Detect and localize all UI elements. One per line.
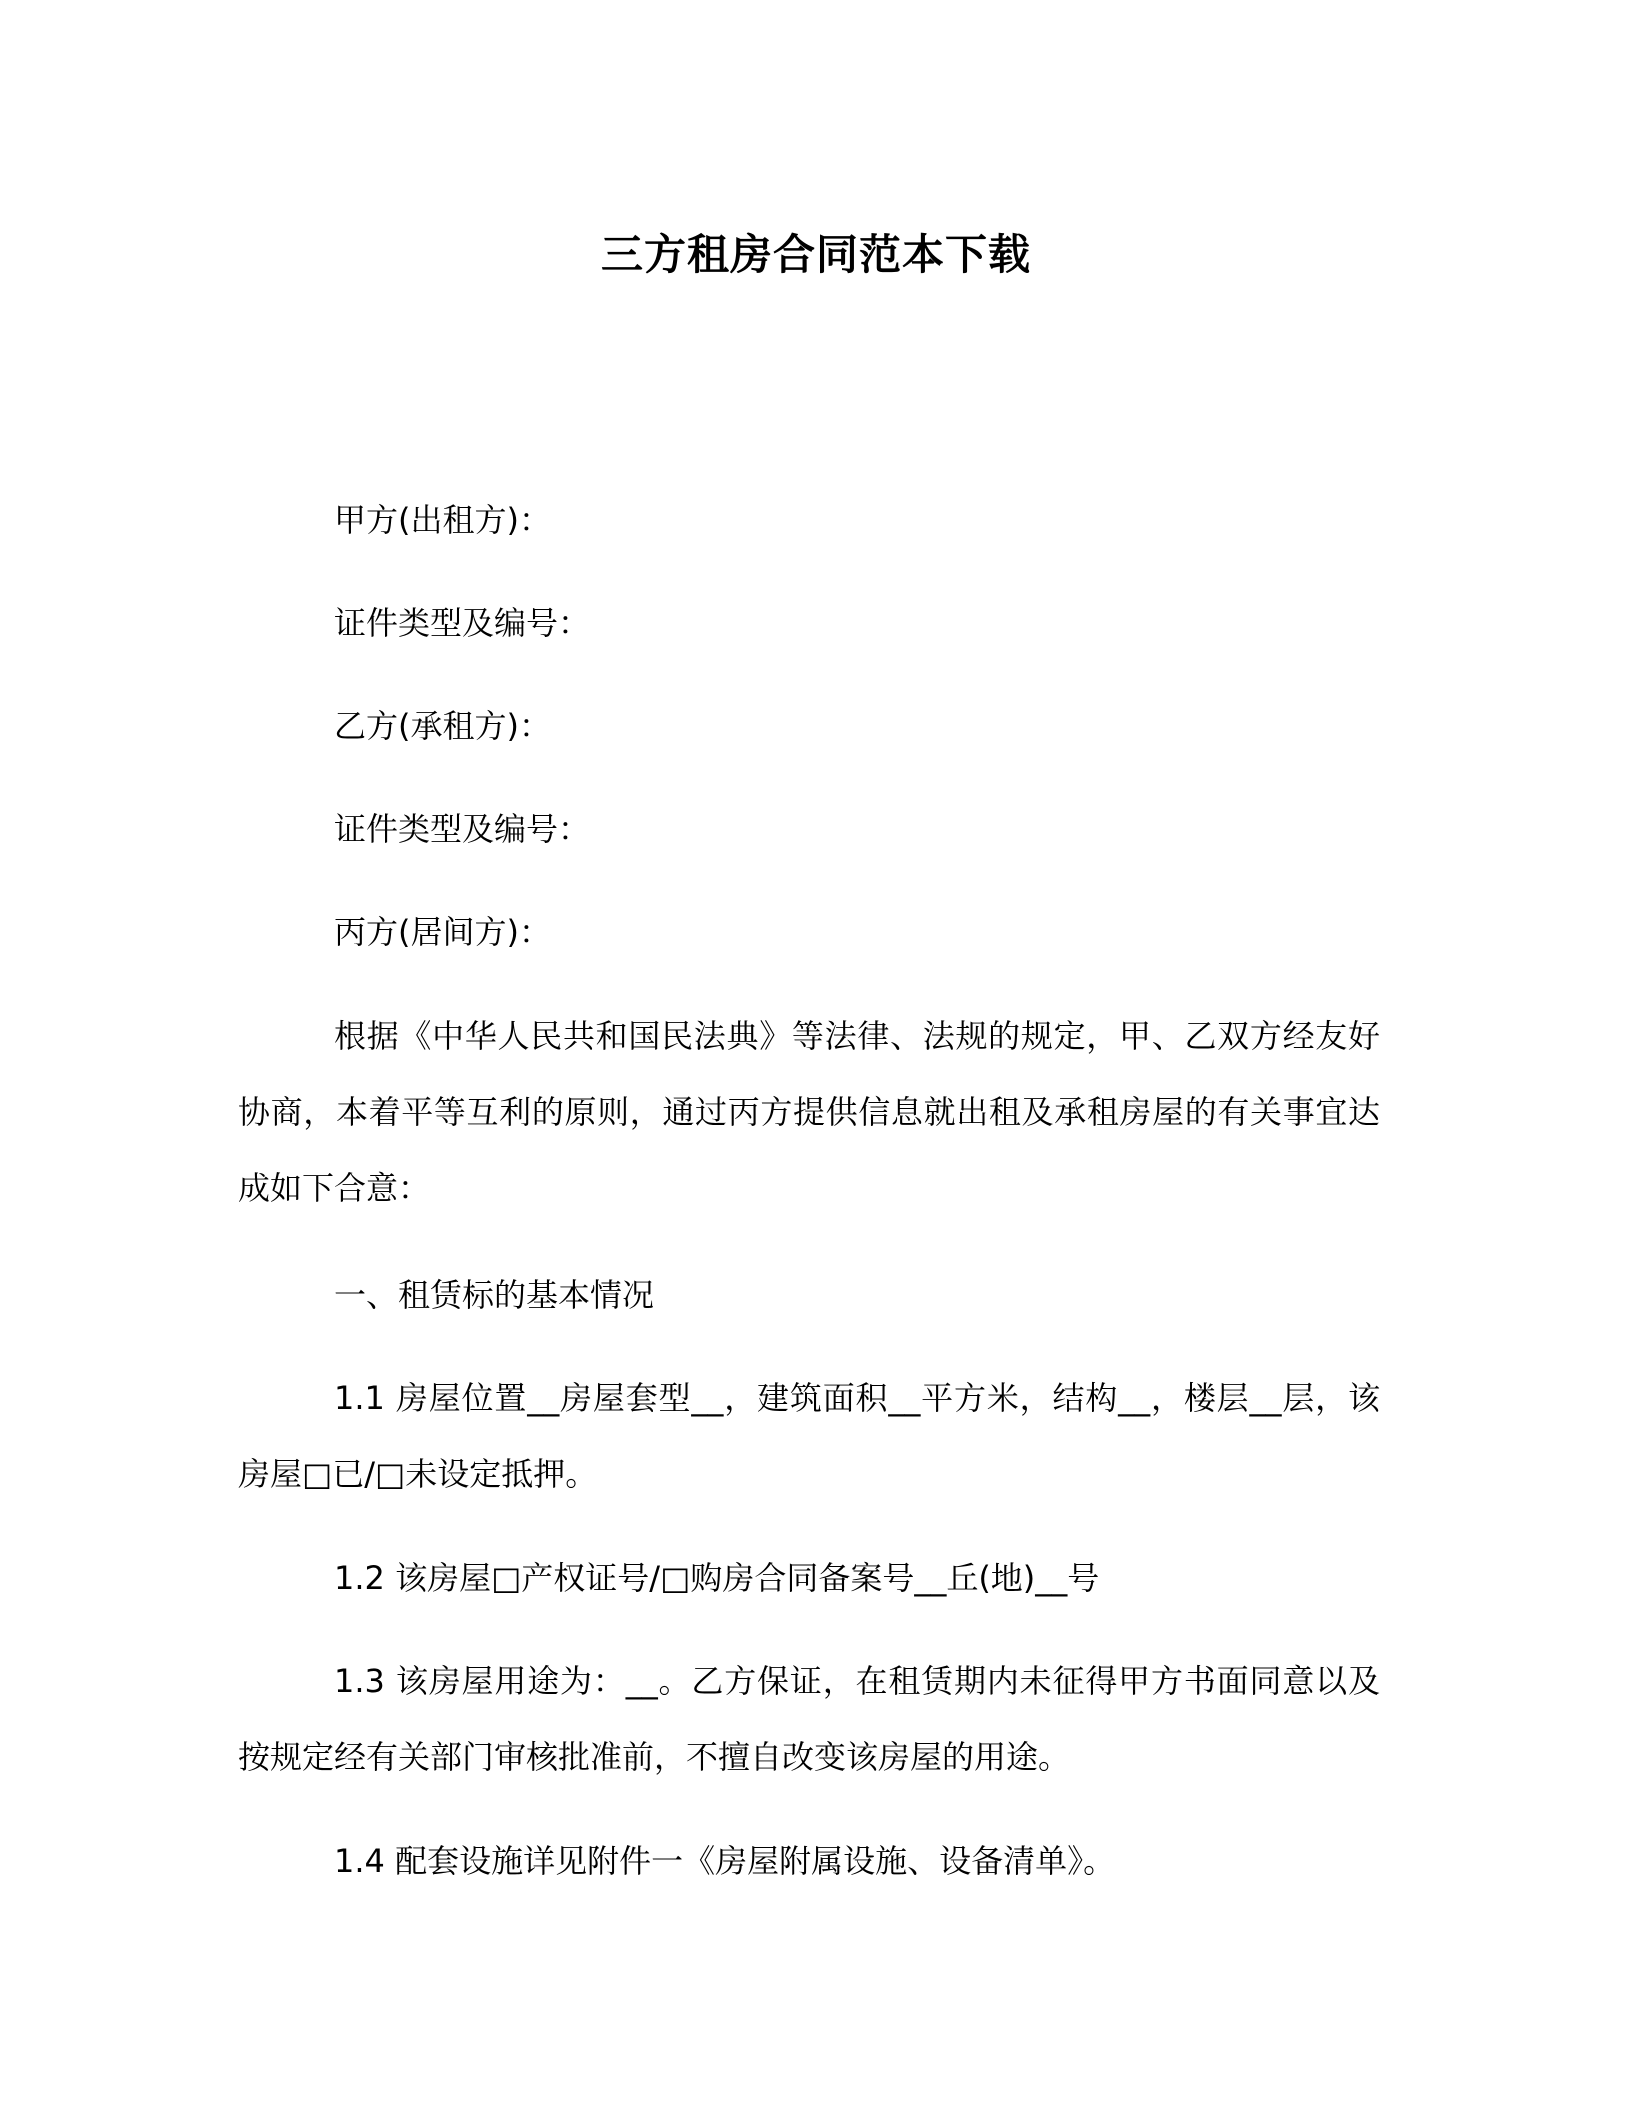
party-b-id-label: 证件类型及编号：: [334, 809, 1484, 849]
party-b-label: 乙方(承租方)：: [334, 706, 1484, 746]
clause-1-2: 1.2 该房屋□产权证号/□购房合同备案号__丘(地)__号: [238, 1540, 1380, 1616]
preamble-paragraph: 根据《中华人民共和国民法典》等法律、法规的规定，甲、乙双方经友好协商，本着平等互…: [238, 998, 1380, 1226]
party-a-id-label: 证件类型及编号：: [334, 603, 1484, 643]
clause-1-3: 1.3 该房屋用途为：__。乙方保证，在租赁期内未征得甲方书面同意以及按规定经有…: [238, 1643, 1380, 1795]
party-c-label: 丙方(居间方)：: [334, 912, 1484, 952]
document-title: 三方租房合同范本下载: [0, 222, 1632, 282]
section-heading: 一、租赁标的基本情况: [334, 1275, 1484, 1315]
clause-1-1: 1.1 房屋位置__房屋套型__，建筑面积__平方米，结构__，楼层__层，该房…: [238, 1360, 1380, 1512]
party-a-label: 甲方(出租方)：: [334, 500, 1484, 540]
clause-1-4: 1.4 配套设施详见附件一《房屋附属设施、设备清单》。: [238, 1823, 1380, 1899]
